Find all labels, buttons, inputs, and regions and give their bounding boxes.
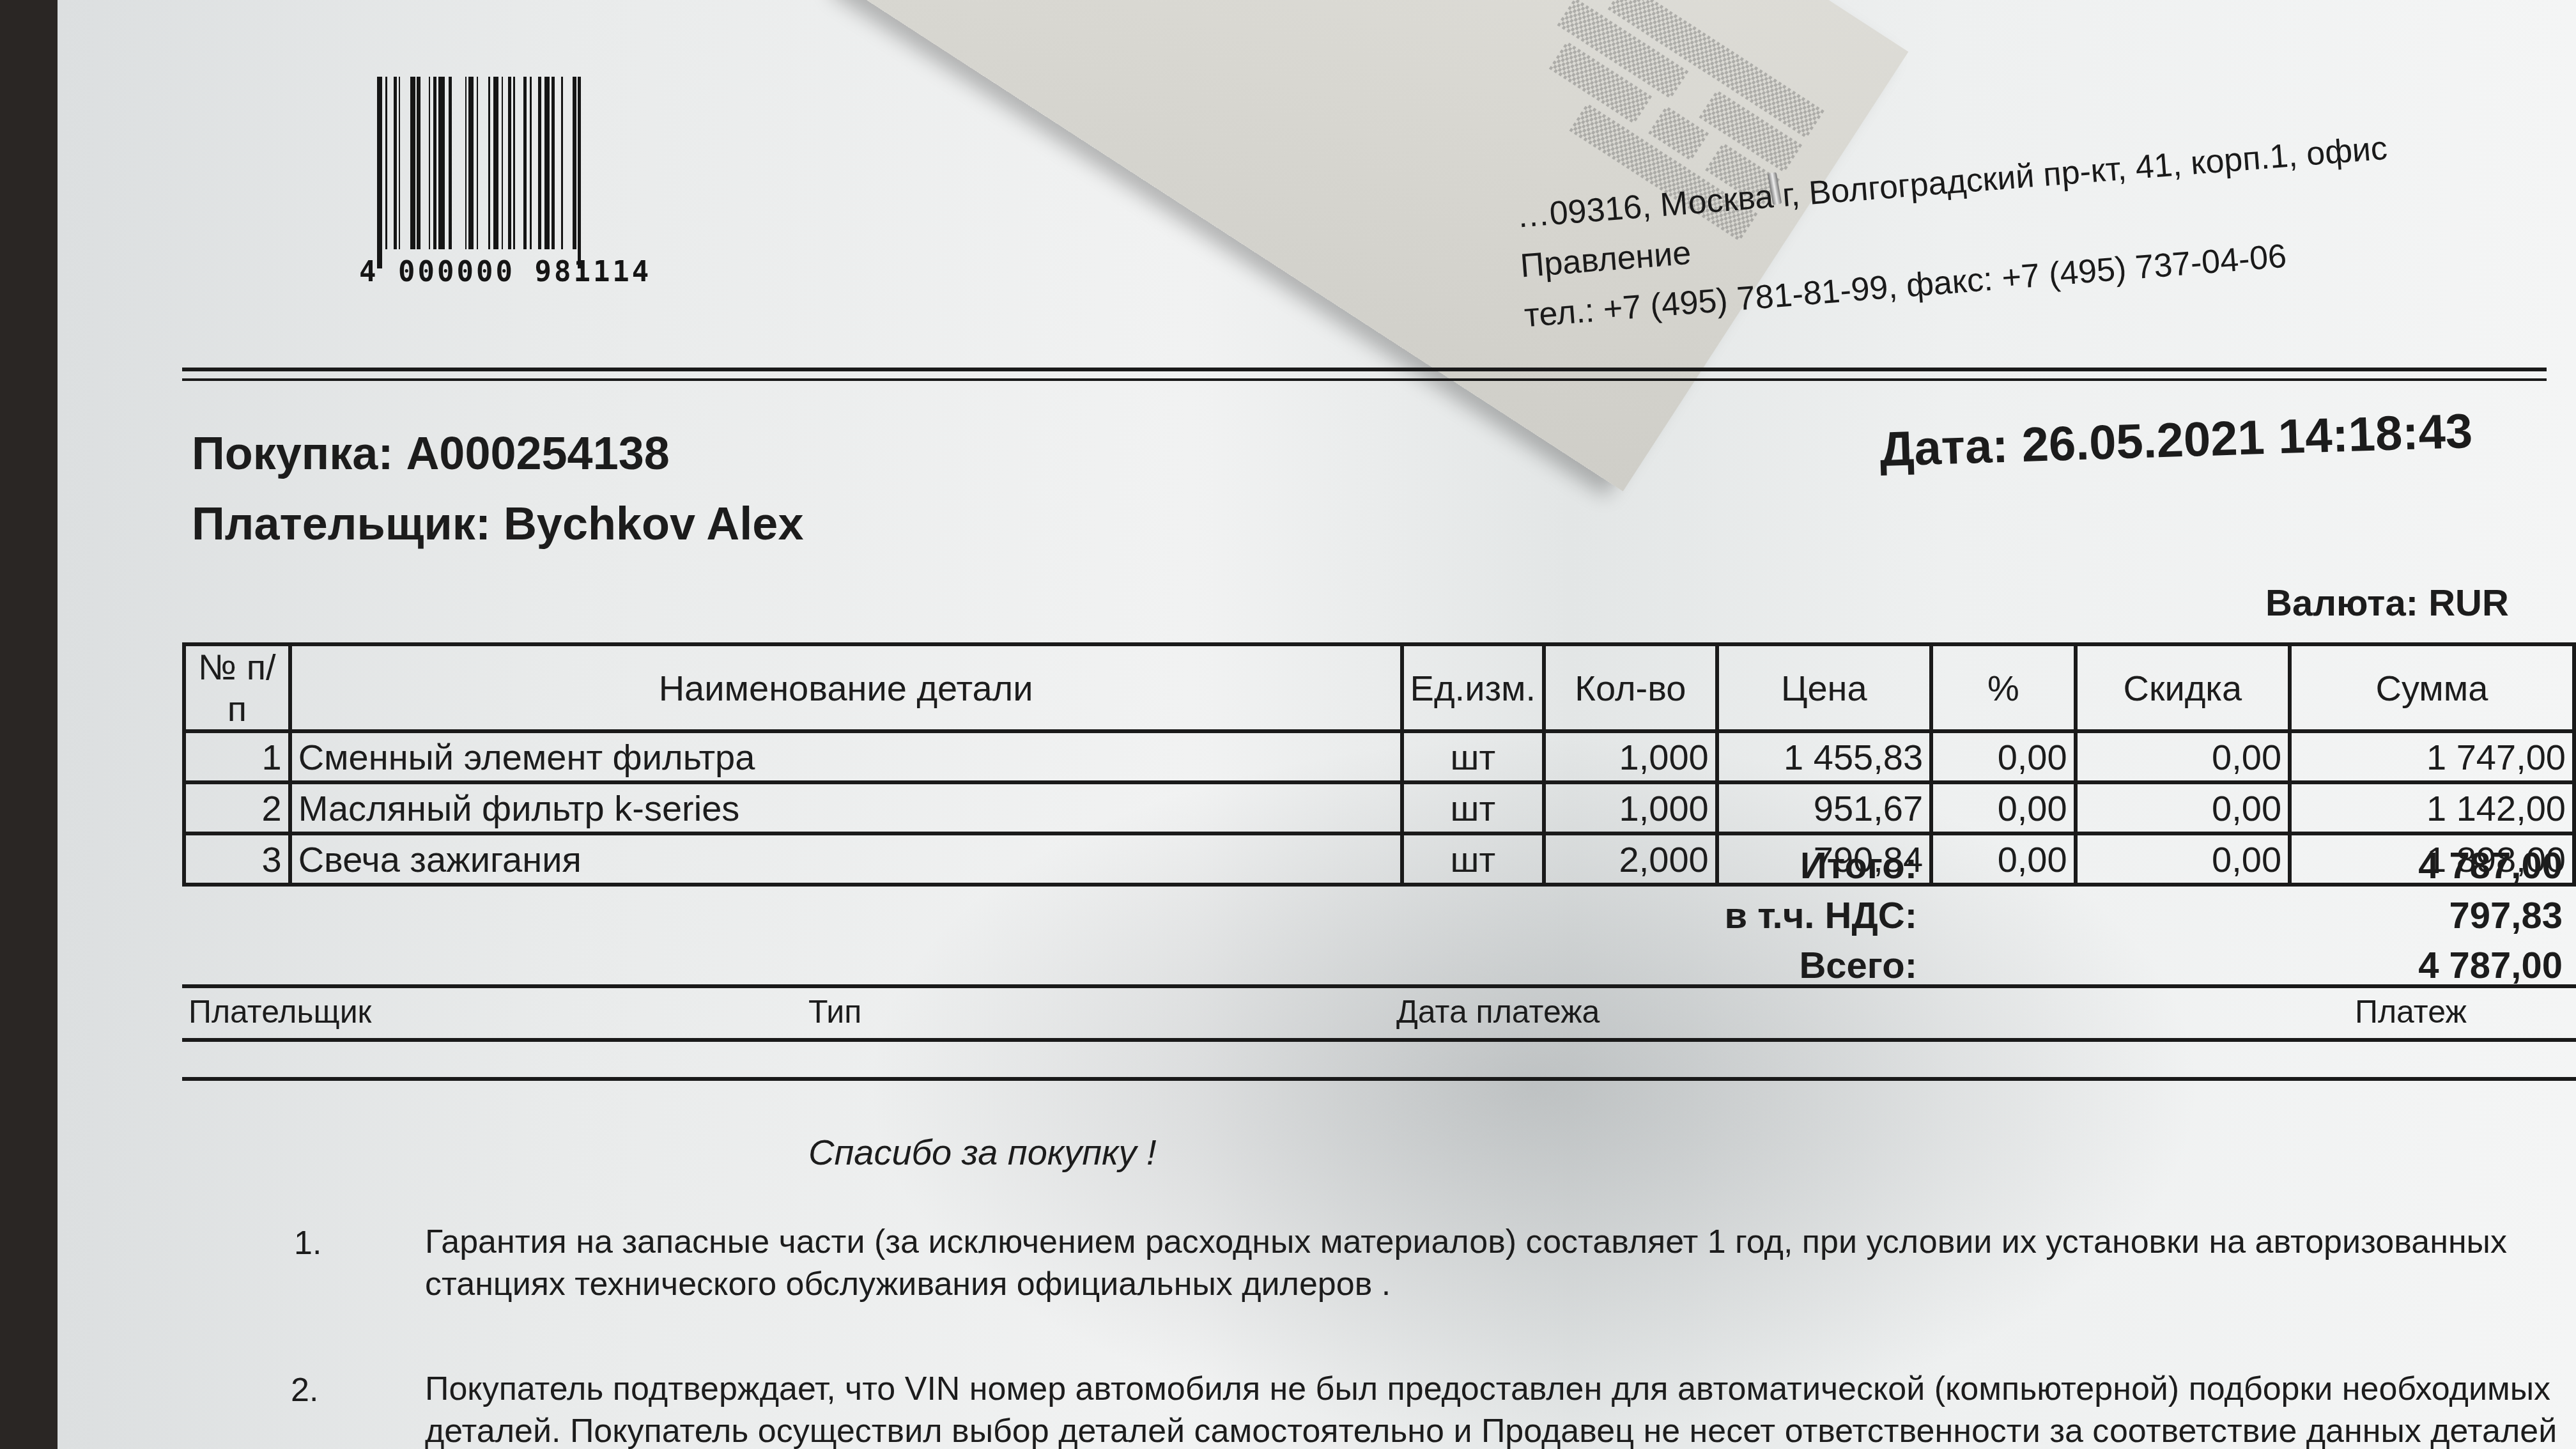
- row-name: Масляный фильтр k-series: [290, 782, 1402, 833]
- payments-table-header: Плательщик Тип Дата платежа Платеж: [182, 984, 2576, 1042]
- vat-value: 797,83: [1917, 894, 2563, 937]
- barcode-number: 4 000000 981114: [359, 256, 651, 288]
- row-unit: шт: [1402, 833, 1545, 885]
- pay-col-payer: Плательщик: [189, 993, 371, 1030]
- row-name: Свеча зажигания: [290, 833, 1402, 885]
- row-unit: шт: [1402, 731, 1545, 782]
- row-unit: шт: [1402, 782, 1545, 833]
- row-index: 1: [184, 731, 290, 782]
- row-percent: 0,00: [1931, 782, 2076, 833]
- row-price: 951,67: [1717, 782, 1931, 833]
- currency-label: Валюта:: [2265, 582, 2418, 624]
- row-sum: 1 747,00: [2290, 731, 2574, 782]
- date-label: Дата:: [1879, 419, 2009, 477]
- purchase-info: Покупка: A000254138 Плательщик: Bychkov …: [192, 419, 803, 559]
- payments-table-bottom-rule: [182, 1077, 2576, 1081]
- note-2-line-1: Покупатель подтверждает, что VIN номер а…: [425, 1368, 2557, 1410]
- col-name: Наименование детали: [290, 644, 1402, 731]
- pay-col-date: Дата платежа: [1396, 993, 1600, 1030]
- payer-label: Плательщик:: [192, 499, 491, 550]
- row-percent: 0,00: [1931, 731, 2076, 782]
- table-row: 2Масляный фильтр k-seriesшт1,000951,670,…: [184, 782, 2574, 833]
- thanks-message: Спасибо за покупку !: [808, 1131, 1157, 1173]
- row-discount: 0,00: [2076, 782, 2290, 833]
- subtotal-row: Итого: 4 787,00: [1598, 841, 2563, 890]
- row-qty: 1,000: [1544, 782, 1717, 833]
- vat-row: в т.ч. НДС: 797,83: [1598, 890, 2563, 940]
- row-price: 1 455,83: [1717, 731, 1931, 782]
- subtotal-value: 4 787,00: [1917, 844, 2563, 887]
- col-discount: Скидка: [2076, 644, 2290, 731]
- note-1: Гарантия на запасные части (за исключени…: [425, 1221, 2507, 1305]
- row-index: 3: [184, 833, 290, 885]
- col-price: Цена: [1717, 644, 1931, 731]
- total-value: 4 787,00: [1917, 944, 2563, 987]
- total-row: Всего: 4 787,00: [1598, 940, 2563, 990]
- note-1-number: 1.: [294, 1224, 321, 1262]
- payer-line: Плательщик: Bychkov Alex: [192, 489, 803, 559]
- payer-name: Bychkov Alex: [504, 499, 804, 550]
- row-sum: 1 142,00: [2290, 782, 2574, 833]
- note-2-line-2: деталей. Покупатель осуществил выбор дет…: [425, 1410, 2557, 1449]
- currency-value: RUR: [2428, 582, 2509, 624]
- table-row: 1Сменный элемент фильтрашт1,0001 455,830…: [184, 731, 2574, 782]
- vat-label: в т.ч. НДС:: [1598, 894, 1917, 937]
- row-qty: 1,000: [1544, 731, 1717, 782]
- currency-line: Валюта: RUR: [2265, 582, 2509, 624]
- note-1-line-1: Гарантия на запасные части (за исключени…: [425, 1221, 2507, 1263]
- col-unit: Ед.изм.: [1402, 644, 1545, 731]
- header-divider: [182, 368, 2547, 371]
- pay-col-amount: Платеж: [2355, 993, 2467, 1030]
- total-label: Всего:: [1598, 944, 1917, 987]
- purchase-line: Покупка: A000254138: [192, 419, 803, 489]
- totals-block: Итого: 4 787,00 в т.ч. НДС: 797,83 Всего…: [1598, 841, 2563, 990]
- pay-col-type: Тип: [808, 993, 861, 1030]
- note-2-number: 2.: [291, 1371, 318, 1409]
- row-index: 2: [184, 782, 290, 833]
- purchase-id: A000254138: [406, 428, 669, 479]
- purchase-label: Покупка:: [192, 428, 393, 479]
- row-name: Сменный элемент фильтра: [290, 731, 1402, 782]
- note-1-line-2: станциях технического обслуживания офици…: [425, 1263, 2507, 1305]
- barcode-bars: [377, 77, 684, 262]
- row-discount: 0,00: [2076, 731, 2290, 782]
- col-sum: Сумма: [2290, 644, 2574, 731]
- col-index: № п/п: [184, 644, 290, 731]
- note-2: Покупатель подтверждает, что VIN номер а…: [425, 1368, 2557, 1449]
- header-divider-thin: [182, 378, 2547, 381]
- col-percent: %: [1931, 644, 2076, 731]
- items-table-header: № п/п Наименование детали Ед.изм. Кол-во…: [184, 644, 2574, 731]
- barcode: 4 000000 981114: [377, 77, 684, 288]
- subtotal-label: Итого:: [1598, 844, 1917, 887]
- col-qty: Кол-во: [1544, 644, 1717, 731]
